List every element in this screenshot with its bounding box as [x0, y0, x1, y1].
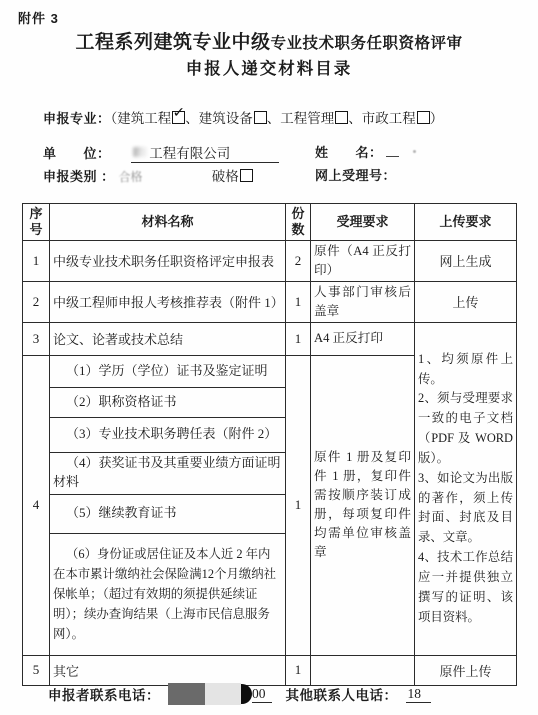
upload-note: 2、须与受理要求一致的电子文档（PDF 及 WORD 版）。: [418, 389, 513, 468]
row2-no: 2: [23, 281, 50, 322]
upload-note: 1、均须原件上传。: [418, 350, 513, 390]
applicant-phone-visible: 00: [252, 686, 272, 703]
option-separator: 、: [185, 111, 199, 126]
unit-value-field: 工程有限公司: [131, 142, 279, 163]
row5-req-cell: [311, 655, 415, 685]
row5-qty: 1: [286, 655, 311, 685]
checkbox-empty-icon: [254, 111, 267, 124]
row5-no: 5: [23, 655, 50, 685]
phone-redaction-dark: [168, 683, 205, 705]
phone-redaction-blob: [241, 684, 252, 704]
name-line: 姓 名：: [315, 142, 416, 161]
category-option-exception: 破格: [212, 169, 239, 184]
phone-redaction-light: [205, 683, 241, 705]
category-line: 申报类别 ： 合格 破格: [43, 165, 253, 185]
major-option-3: 工程管理: [280, 111, 334, 126]
row4-req: 原件 1 册及复印件 1 册，复印件需按顺序装订成册，每项复印件均需单位审核盖章: [311, 355, 415, 655]
option-separator: 、: [348, 111, 362, 126]
row4-item1: （1）学历（学位）证书及鉴定证明: [50, 355, 286, 387]
footer-contact-line: 申报者联系电话： 00 其他联系人电话： 18: [48, 683, 431, 705]
unit-line: 单 位： 工程有限公司: [43, 142, 279, 163]
row3-no: 3: [23, 322, 50, 355]
scanned-form-page: 附件 3 工程系列建筑专业中级专业技术职务任职资格评审 申报人递交材料目录 申报…: [0, 0, 538, 715]
table-row: 1 中级专业技术职务任职资格评定申报表 2 原件（A4 正反打印） 网上生成: [23, 241, 517, 282]
row5-upload: 原件上传: [415, 655, 517, 685]
other-phone-visible: 18: [406, 686, 432, 703]
table-row: 3 论文、论著或技术总结 1 A4 正反打印 1、均须原件上传。 2、须与受理要…: [23, 322, 517, 355]
row4-no: 4: [23, 355, 50, 655]
category-value-faded: 合格: [118, 167, 142, 185]
online-no-label: 网上受理号：: [315, 168, 396, 183]
row4-item6: （6）身份证或居住证及本人近 2 年内在本市累计缴纳社会保险满12个月缴纳社保帐…: [50, 533, 286, 655]
row3-name: 论文、论著或技术总结: [50, 322, 286, 355]
major-line: 申报专业：（建筑工程✓、建筑设备、工程管理、市政工程）: [43, 107, 443, 127]
row4-item4: （4）获奖证书及其重要业绩方面证明材料: [50, 452, 286, 494]
attachment-label: 附件 3: [18, 8, 59, 27]
header-acceptance-req: 受理要求: [311, 204, 415, 241]
checkbox-empty-icon: [240, 169, 253, 182]
row1-req: 原件（A4 正反打印）: [311, 241, 415, 282]
row1-name: 中级专业技术职务任职资格评定申报表: [50, 241, 286, 282]
table-header-row: 序号 材料名称 份数 受理要求 上传要求: [23, 204, 517, 241]
title-line1: 工程系列建筑专业中级专业技术职务任职资格评审: [0, 30, 538, 56]
applicant-phone-label: 申报者联系电话：: [48, 684, 160, 704]
row1-upload: 网上生成: [415, 241, 517, 282]
document-title: 工程系列建筑专业中级专业技术职务任职资格评审 申报人递交材料目录: [0, 30, 538, 80]
row4-item5: （5）继续教育证书: [50, 494, 286, 533]
row2-name: 中级工程师申报人考核推荐表（附件 1）: [50, 281, 286, 322]
checkbox-empty-icon: [417, 111, 430, 124]
upload-requirements-merged-cell: 1、均须原件上传。 2、须与受理要求一致的电子文档（PDF 及 WORD 版）。…: [415, 322, 517, 655]
row2-qty: 1: [286, 281, 311, 322]
title-rest: 专业技术职务任职资格评审: [271, 35, 463, 52]
row4-item3: （3）专业技术职务聘任表（附件 2）: [50, 417, 286, 452]
paren-close: ）: [430, 111, 444, 126]
major-option-4: 市政工程: [362, 111, 416, 126]
upload-note: 3、如论文为出版的著作，须上传封面、封底及目录、文章。: [418, 469, 513, 548]
upload-note: 4、技术工作总结应一并提供独立撰写的证明、该项目资料。: [418, 548, 513, 627]
title-line2: 申报人递交材料目录: [0, 58, 538, 80]
row3-qty: 1: [286, 322, 311, 355]
major-option-2: 建筑设备: [199, 111, 253, 126]
row5-name: 其它: [50, 655, 286, 685]
scan-artifact-dot: [413, 150, 416, 153]
row1-qty: 2: [286, 241, 311, 282]
unit-label: 单 位：: [43, 146, 111, 161]
name-label: 姓 名：: [315, 145, 383, 160]
major-option-1: 建筑工程: [117, 111, 171, 126]
unit-value: 工程有限公司: [149, 146, 230, 161]
major-label: 申报专业：: [43, 111, 111, 126]
title-emphasis: 工程系列建筑专业中级: [75, 32, 270, 53]
table-row: 2 中级工程师申报人考核推荐表（附件 1） 1 人事部门审核后盖章 上传: [23, 281, 517, 322]
header-no: 序号: [23, 204, 50, 241]
redaction-smudge: [133, 147, 147, 157]
materials-table: 序号 材料名称 份数 受理要求 上传要求 1 中级专业技术职务任职资格评定申报表…: [22, 203, 517, 686]
option-separator: 、: [267, 111, 281, 126]
row4-qty: 1: [286, 355, 311, 655]
online-no-line: 网上受理号：: [315, 165, 396, 184]
name-redacted-stub: [386, 146, 399, 157]
table-row: 5 其它 1 原件上传: [23, 655, 517, 685]
other-phone-label: 其他联系人电话：: [286, 684, 398, 704]
header-material-name: 材料名称: [50, 204, 286, 241]
check-icon: ✓: [173, 106, 186, 120]
row3-req: A4 正反打印: [311, 322, 415, 355]
checkbox-empty-icon: [335, 111, 348, 124]
header-copies: 份数: [286, 204, 311, 241]
row2-req: 人事部门审核后盖章: [311, 281, 415, 322]
category-label: 申报类别 ：: [43, 169, 115, 184]
header-upload-req: 上传要求: [415, 204, 517, 241]
row1-no: 1: [23, 241, 50, 282]
row4-item2: （2）职称资格证书: [50, 387, 286, 417]
row2-upload: 上传: [415, 281, 517, 322]
checkbox-checked-icon: ✓: [172, 111, 185, 124]
